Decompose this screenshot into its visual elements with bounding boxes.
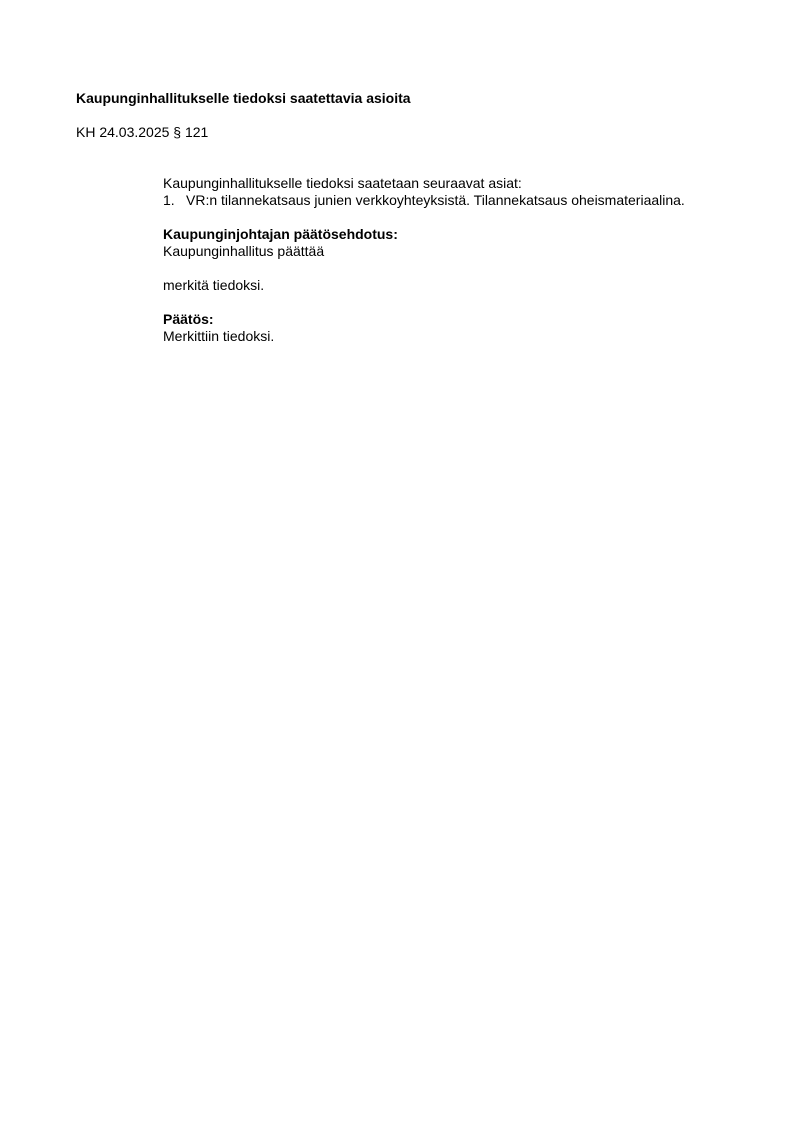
intro-text: Kaupunginhallitukselle tiedoksi saatetaa… xyxy=(163,175,763,192)
document-title: Kaupunginhallitukselle tiedoksi saatetta… xyxy=(76,90,411,106)
proposal-heading: Kaupunginjohtajan päätösehdotus: xyxy=(163,226,763,243)
decision-heading: Päätös: xyxy=(163,311,763,328)
meeting-reference: KH 24.03.2025 § 121 xyxy=(76,124,208,140)
decision-text: Merkittiin tiedoksi. xyxy=(163,328,763,345)
list-item-number: 1. xyxy=(163,192,186,209)
proposal-line-2: merkitä tiedoksi. xyxy=(163,277,763,294)
item-list: 1. VR:n tilannekatsaus junien verkkoyhte… xyxy=(163,192,763,209)
proposal-line-1: Kaupunginhallitus päättää xyxy=(163,243,763,260)
list-item-text: VR:n tilannekatsaus junien verkkoyhteyks… xyxy=(186,192,685,209)
document-body: Kaupunginhallitukselle tiedoksi saatetaa… xyxy=(163,175,763,345)
list-item: 1. VR:n tilannekatsaus junien verkkoyhte… xyxy=(163,192,763,209)
